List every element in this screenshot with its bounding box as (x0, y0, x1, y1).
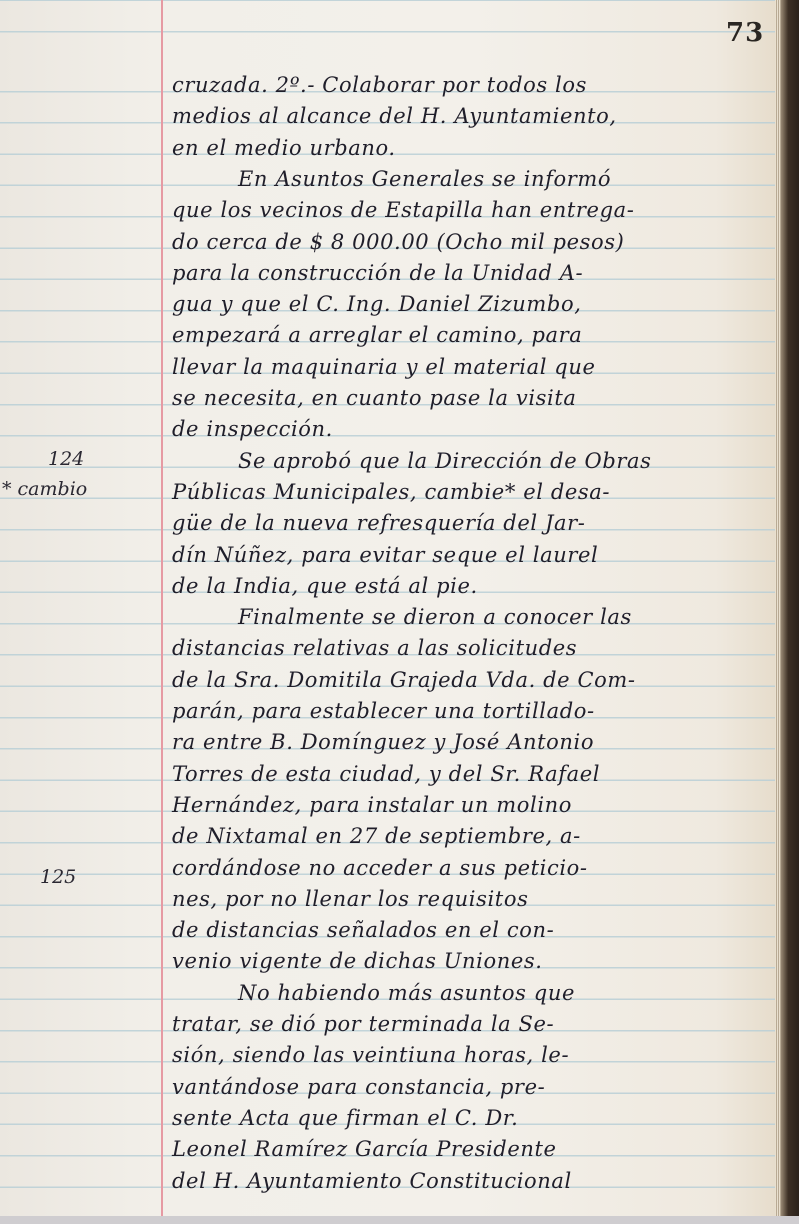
handwritten-line: nes, por no llenar los requisitos (172, 884, 772, 915)
handwritten-line: Se aprobó que la Dirección de Obras (238, 446, 772, 477)
handwritten-line: ra entre B. Domínguez y José Antonio (172, 727, 772, 758)
bottom-shadow (0, 1216, 799, 1224)
handwritten-line: Leonel Ramírez García Presidente (172, 1134, 772, 1165)
book-page-edges (775, 0, 799, 1224)
handwritten-line: en el medio urbano. (172, 133, 772, 164)
handwritten-line: de Nixtamal en 27 de septiembre, a- (172, 821, 772, 852)
handwritten-line: medios al alcance del H. Ayuntamiento, (172, 101, 772, 132)
handwritten-line: No habiendo más asuntos que (238, 978, 772, 1009)
margin-note-number-124: 124 (48, 448, 84, 470)
page-number: 73 (726, 18, 764, 48)
handwritten-line: del H. Ayuntamiento Constitucional (172, 1166, 772, 1197)
handwritten-line: llevar la maquinaria y el material que (172, 352, 772, 383)
margin-note-number-125: 125 (40, 866, 76, 888)
handwritten-line: de distancias señalados en el con- (172, 915, 772, 946)
handwritten-line: vantándose para constancia, pre- (172, 1072, 772, 1103)
margin-note-correction: * cambio (2, 478, 87, 500)
handwritten-line: para la construcción de la Unidad A- (172, 258, 772, 289)
handwritten-line: parán, para establecer una tortillado- (172, 696, 772, 727)
handwritten-line: venio vigente de dichas Uniones. (172, 946, 772, 977)
handwritten-line: En Asuntos Generales se informó (238, 164, 772, 195)
handwritten-line: tratar, se dió por terminada la Se- (172, 1009, 772, 1040)
handwritten-line: do cerca de $ 8 000.00 (Ocho mil pesos) (172, 227, 772, 258)
handwritten-line: sión, siendo las veintiuna horas, le- (172, 1040, 772, 1071)
handwritten-line: Públicas Municipales, cambie* el desa- (172, 477, 772, 508)
handwritten-line: Hernández, para instalar un molino (172, 790, 772, 821)
handwritten-line: dín Núñez, para evitar seque el laurel (172, 540, 772, 571)
handwritten-line: empezará a arreglar el camino, para (172, 320, 772, 351)
handwritten-line: de la India, que está al pie. (172, 571, 772, 602)
handwritten-line: Finalmente se dieron a conocer las (238, 602, 772, 633)
handwritten-line: de la Sra. Domitila Grajeda Vda. de Com- (172, 665, 772, 696)
handwritten-line: distancias relativas a las solicitudes (172, 633, 772, 664)
ledger-page: 73 124 * cambio 125 cruzada. 2º.- Colabo… (0, 0, 778, 1218)
red-margin-line (161, 0, 163, 1218)
handwritten-line: güe de la nueva refresquería del Jar- (172, 508, 772, 539)
handwritten-line: gua y que el C. Ing. Daniel Zizumbo, (172, 289, 772, 320)
handwritten-line: de inspección. (172, 414, 772, 445)
handwritten-line: se necesita, en cuanto pase la visita (172, 383, 772, 414)
handwritten-line: que los vecinos de Estapilla han entrega… (172, 195, 772, 226)
handwritten-line: cordándose no acceder a sus peticio- (172, 853, 772, 884)
handwritten-line: cruzada. 2º.- Colaborar por todos los (172, 70, 772, 101)
handwritten-line: Torres de esta ciudad, y del Sr. Rafael (172, 759, 772, 790)
handwritten-line: sente Acta que firman el C. Dr. (172, 1103, 772, 1134)
